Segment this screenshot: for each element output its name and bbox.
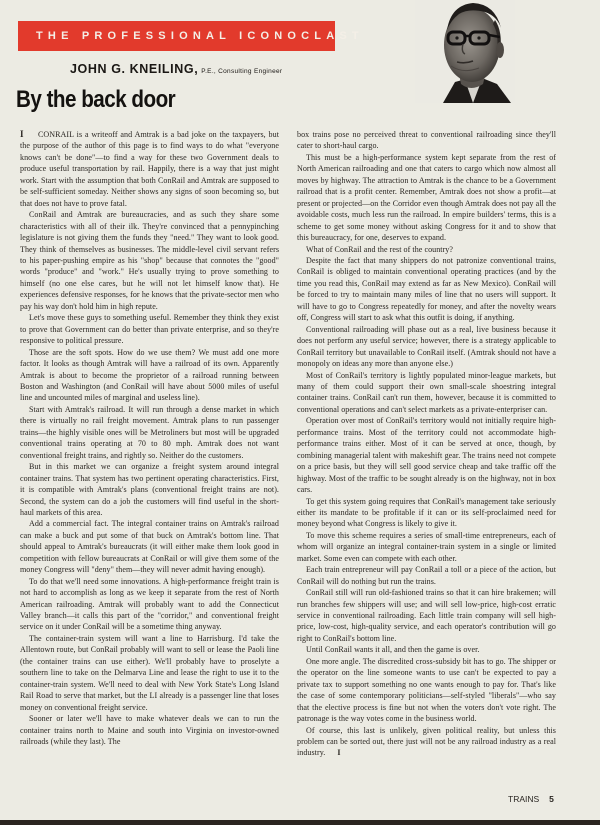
article-paragraph: To get this system going requires that C… [297, 496, 556, 530]
byline: JOHN G. KNEILING,P.E., Consulting Engine… [70, 60, 282, 78]
article-paragraph: Of course, this last is unlikely, given … [297, 725, 556, 759]
article-paragraph: Those are the soft spots. How do we use … [20, 347, 279, 404]
article-paragraph: ICONRAIL is a writeoff and Amtrak is a b… [20, 129, 279, 209]
article-headline: By the back door [16, 86, 175, 114]
section-start-mark: I [20, 129, 38, 140]
article-paragraph: This must be a high-performance system k… [297, 152, 556, 244]
article-paragraph: Each train entrepreneur will pay ConRail… [297, 564, 556, 587]
section-title: THE PROFESSIONAL ICONOCLAST [18, 30, 364, 42]
publication-name: TRAINS [508, 794, 539, 804]
end-of-article-mark: I [337, 748, 340, 757]
article-paragraph: ConRail and Amtrak are bureaucracies, an… [20, 209, 279, 312]
article-paragraph: Sooner or later we'll have to make whate… [20, 713, 279, 747]
article-paragraph: What of ConRail and the rest of the coun… [297, 244, 556, 255]
article-paragraph: One more angle. The discredited cross-su… [297, 656, 556, 725]
portrait-photo-icon [415, 0, 515, 103]
author-name: JOHN G. KNEILING, [70, 62, 198, 76]
article-paragraph: Despite the fact that many shippers do n… [297, 255, 556, 324]
article-paragraph: Start with Amtrak's railroad. It will ru… [20, 404, 279, 461]
article-paragraph: Add a commercial fact. The integral cont… [20, 518, 279, 575]
article-paragraph: Let's move these guys to something usefu… [20, 312, 279, 346]
article-paragraph: But in this market we can organize a fre… [20, 461, 279, 518]
page-number: 5 [549, 794, 554, 804]
article-paragraph: To move this scheme requires a series of… [297, 530, 556, 564]
article-paragraph: Most of ConRail's territory is lightly p… [297, 370, 556, 416]
article-column-right: box trains pose no perceived threat to c… [297, 129, 556, 759]
article-paragraph: Operation over most of ConRail's territo… [297, 415, 556, 495]
author-title: P.E., Consulting Engineer [201, 68, 282, 75]
section-banner: THE PROFESSIONAL ICONOCLAST [18, 21, 335, 51]
article-paragraph-continued: box trains pose no perceived threat to c… [297, 129, 556, 152]
article-paragraph: To do that we'll need some innovations. … [20, 576, 279, 633]
page-folio: TRAINS5 [508, 794, 554, 804]
article-paragraph: ConRail still will run old-fashioned tra… [297, 587, 556, 644]
page-bottom-edge [0, 820, 600, 825]
article-paragraph: Conventional railroading will phase out … [297, 324, 556, 370]
author-portrait [415, 0, 515, 103]
article-column-left: ICONRAIL is a writeoff and Amtrak is a b… [20, 129, 279, 747]
article-paragraph: The container-train system will want a l… [20, 633, 279, 713]
article-paragraph: Until ConRail wants it all, and then the… [297, 644, 556, 655]
